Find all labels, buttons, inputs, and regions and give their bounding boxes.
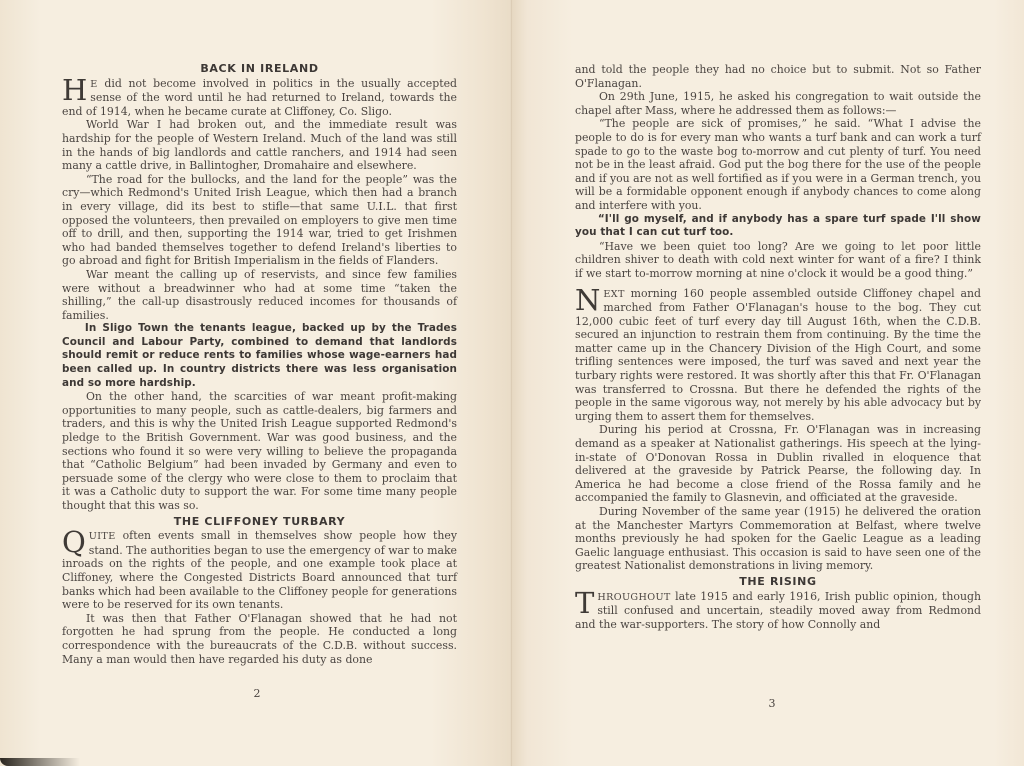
page-number: 3 [762,697,782,710]
paragraph: During November of the same year (1915) … [575,505,981,573]
right-page: and told the people they had no choice b… [512,0,1024,766]
drop-cap: T [575,591,594,615]
drop-cap: H [62,78,87,102]
bold-paragraph: In Sligo Town the tenants league, backed… [62,322,457,390]
paragraph: On the other hand, the scarcities of war… [62,390,457,512]
left-page: BACK IN IRELAND HE did not become involv… [0,0,512,766]
right-page-text-column: and told the people they had no choice b… [575,63,981,631]
paragraph: World War I had broken out, and the imme… [62,118,457,172]
paragraph: “The people are sick of promises,” he sa… [575,117,981,212]
paragraph: THROUGHOUT late 1915 and early 1916, Iri… [575,590,981,632]
paragraph: “Have we been quiet too long? Are we goi… [575,240,981,281]
paragraph: QUITE often events small in themselves s… [62,529,457,612]
paragraph: War meant the calling up of reservists, … [62,268,457,322]
page-edge-shadow [0,758,80,766]
heading-the-rising: THE RISING [575,575,981,589]
drop-cap: N [575,288,600,312]
paragraph: On 29th June, 1915, he asked his congreg… [575,90,981,117]
paragraph: NEXT morning 160 people assembled outsid… [575,287,981,424]
drop-cap: Q [62,530,86,554]
paragraph: During his period at Crossna, Fr. O'Flan… [575,423,981,505]
paragraph: “The road for the bullocks, and the land… [62,173,457,268]
bold-paragraph: “I'll go myself, and if anybody has a sp… [575,213,981,240]
page-number: 2 [247,687,267,700]
heading-cliffoney-turbary: THE CLIFFONEY TURBARY [62,515,457,529]
paragraph: and told the people they had no choice b… [575,63,981,90]
left-page-text-column: BACK IN IRELAND HE did not become involv… [62,62,457,666]
paragraph: It was then that Father O'Flanagan showe… [62,612,457,666]
paragraph: HE did not become involved in politics i… [62,77,457,119]
heading-back-in-ireland: BACK IN IRELAND [62,62,457,76]
